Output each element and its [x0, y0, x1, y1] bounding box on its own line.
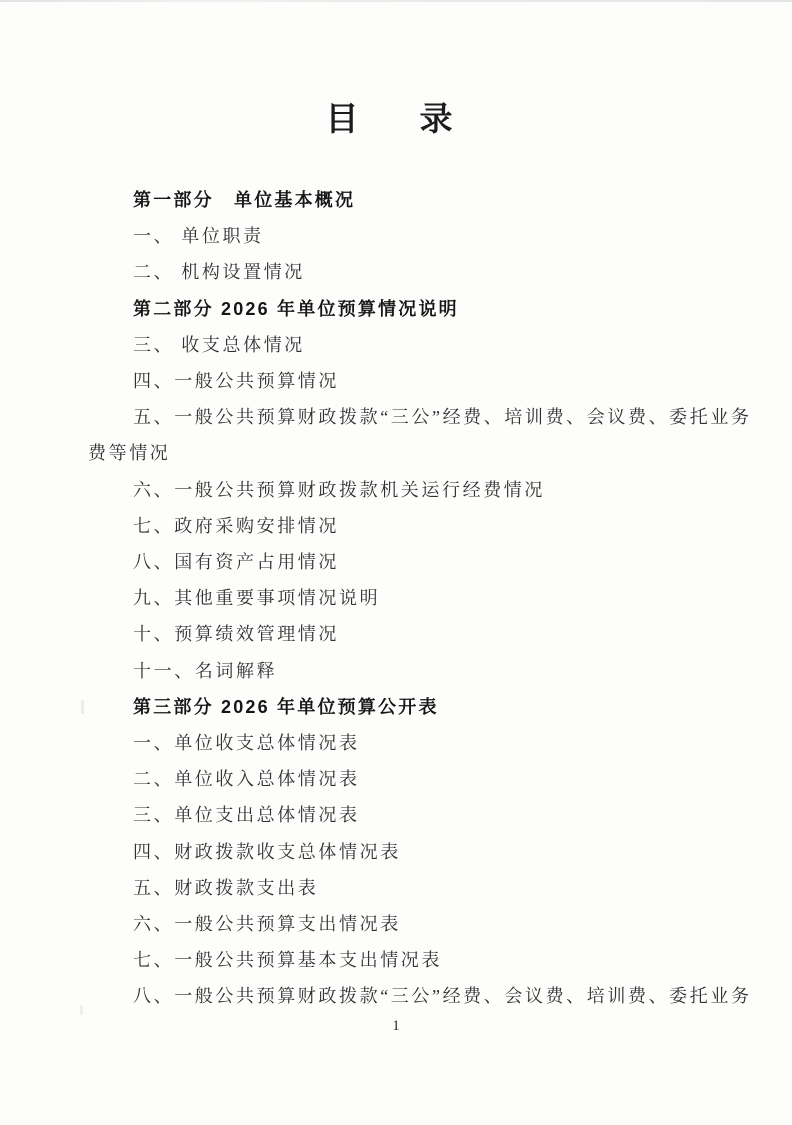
toc-item-wrap-line: 费等情况 [88, 435, 736, 471]
toc-item: 四、一般公共预算情况 [88, 363, 736, 399]
toc-item: 二、 机构设置情况 [88, 254, 736, 290]
toc-heading-part-3: 第三部分 2026 年单位预算公开表 [88, 689, 736, 725]
scan-artifact-speck [81, 700, 84, 714]
toc-item: 五、财政拨款支出表 [88, 870, 736, 906]
document-page: 目 录 第一部分 单位基本概况 一、 单位职责 二、 机构设置情况 第二部分 2… [0, 0, 792, 1125]
page-title: 目 录 [0, 0, 792, 141]
scan-artifact-speck [80, 1005, 83, 1015]
toc-item: 四、财政拨款收支总体情况表 [88, 834, 736, 870]
toc-item: 五、一般公共预算财政拨款“三公”经费、培训费、会议费、委托业务 [88, 399, 736, 435]
toc-item: 八、国有资产占用情况 [88, 544, 736, 580]
toc-heading-part-2: 第二部分 2026 年单位预算情况说明 [88, 291, 736, 327]
toc-item: 一、 单位职责 [88, 218, 736, 254]
toc-item: 三、 收支总体情况 [88, 327, 736, 363]
page-number: 1 [0, 1016, 792, 1036]
toc-item: 二、单位收入总体情况表 [88, 761, 736, 797]
toc-item: 三、单位支出总体情况表 [88, 797, 736, 833]
toc-item: 六、一般公共预算财政拨款机关运行经费情况 [88, 472, 736, 508]
toc-heading-part-1: 第一部分 单位基本概况 [88, 182, 736, 218]
toc-item: 六、一般公共预算支出情况表 [88, 906, 736, 942]
toc-item: 七、一般公共预算基本支出情况表 [88, 942, 736, 978]
toc-item: 七、政府采购安排情况 [88, 508, 736, 544]
toc-item: 八、一般公共预算财政拨款“三公”经费、会议费、培训费、委托业务 [88, 978, 736, 1014]
toc-item: 一、单位收支总体情况表 [88, 725, 736, 761]
toc-item: 十、预算绩效管理情况 [88, 616, 736, 652]
scan-artifact-top-edge [0, 0, 792, 2]
toc-item: 九、其他重要事项情况说明 [88, 580, 736, 616]
table-of-contents: 第一部分 单位基本概况 一、 单位职责 二、 机构设置情况 第二部分 2026 … [88, 182, 736, 1015]
toc-item: 十一、名词解释 [88, 653, 736, 689]
